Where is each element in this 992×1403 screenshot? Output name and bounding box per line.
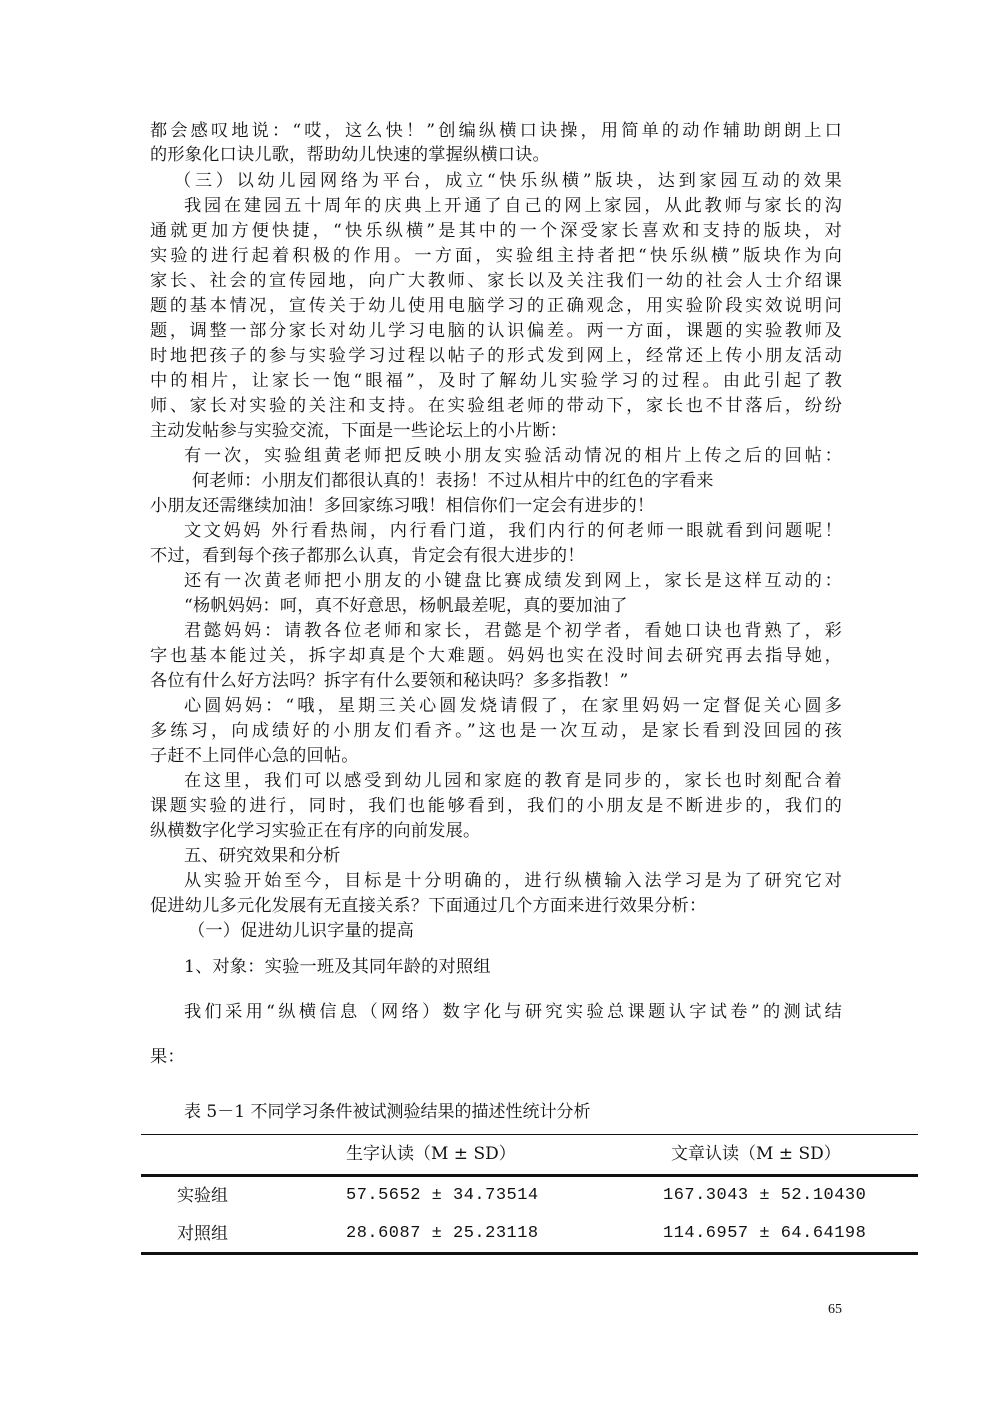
text-line: 都会感叹地说：“哎，这么快！”创编纵横口诀操，用简单的动作辅助朗朗上口 — [150, 119, 842, 143]
text-line: 君懿妈妈：请教各位老师和家长，君懿是个初学者，看她口诀也背熟了，彩 — [184, 619, 842, 643]
text-line: 的形象化口诀儿歌，帮助幼儿快速的掌握纵横口诀。 — [150, 143, 842, 167]
text-line: 题的基本情况，宣传关于幼儿使用电脑学习的正确观念，用实验阶段实效说明问 — [150, 294, 842, 318]
table-top-rule — [141, 1134, 918, 1135]
table-row-label: 实验组 — [177, 1184, 228, 1208]
text-line: 各位有什么好方法吗？拆字有什么要领和秘诀吗？多多指教！” — [150, 669, 842, 693]
text-line: 心圆妈妈：“哦，星期三关心圆发烧请假了，在家里妈妈一定督促关心圆多 — [184, 694, 842, 718]
text-line: 时地把孩子的参与实验学习过程以帖子的形式发到网上，经常还上传小朋友活动 — [150, 344, 842, 368]
text-line: 纵横数字化学习实验正在有序的向前发展。 — [150, 819, 842, 843]
text-line: 五、研究效果和分析 — [184, 844, 842, 868]
text-line: 实验的进行起着积极的作用。一方面，实验组主持者把“快乐纵横”版块作为向 — [150, 244, 842, 268]
text-line: 我园在建园五十周年的庆典上开通了自己的网上家园，从此教师与家长的沟 — [184, 194, 842, 218]
document-page: 都会感叹地说：“哎，这么快！”创编纵横口诀操，用简单的动作辅助朗朗上口的形象化口… — [0, 0, 992, 1403]
text-line: “杨帆妈妈：呵，真不好意思，杨帆最差呢，真的要加油了 — [184, 594, 842, 618]
text-line: 多练习，向成绩好的小朋友们看齐。”这也是一次互动，是家长看到没回园的孩 — [150, 719, 842, 743]
text-line: 师、家长对实验的关注和支持。在实验组老师的带动下，家长也不甘落后，纷纷 — [150, 394, 842, 418]
text-line: 促进幼儿多元化发展有无直接关系？下面通过几个方面来进行效果分析： — [150, 894, 842, 918]
text-line: 主动发帖参与实验交流，下面是一些论坛上的小片断： — [150, 419, 842, 443]
table-header-char-reading: 生字认读（M ± SD） — [346, 1142, 516, 1166]
table-cell-char-reading: 57.5652 ± 34.73514 — [346, 1184, 539, 1208]
table-caption: 表 5－1 不同学习条件被试测验结果的描述性统计分析 — [184, 1100, 590, 1124]
text-line: 从实验开始至今，目标是十分明确的，进行纵横输入法学习是为了研究它对 — [184, 869, 842, 893]
text-line: 还有一次黄老师把小朋友的小键盘比赛成绩发到网上，家长是这样互动的： — [184, 569, 842, 593]
table-cell-article-reading: 167.3043 ± 52.10430 — [663, 1184, 866, 1208]
table-header-article-reading: 文章认读（M ± SD） — [671, 1142, 841, 1166]
text-line: （三）以幼儿园网络为平台，成立“快乐纵横”版块，达到家园互动的效果 — [174, 169, 842, 193]
text-line: 1、对象：实验一班及其同年龄的对照组 — [184, 955, 842, 979]
text-line: 在这里，我们可以感受到幼儿园和家庭的教育是同步的，家长也时刻配合着 — [184, 769, 842, 793]
text-line: 课题实验的进行，同时，我们也能够看到，我们的小朋友是不断进步的，我们的 — [150, 794, 842, 818]
table-bottom-rule — [141, 1252, 918, 1255]
text-line: 字也基本能过关，拆字却真是个大难题。妈妈也实在没时间去研究再去指导她， — [150, 644, 842, 668]
text-line: 家长、社会的宣传园地，向广大教师、家长以及关注我们一幼的社会人士介绍课 — [150, 269, 842, 293]
text-line: 不过，看到每个孩子都那么认真，肯定会有很大进步的！ — [150, 544, 842, 568]
text-line: 通就更加方便快捷，“快乐纵横”是其中的一个深受家长喜欢和支持的版块，对 — [150, 219, 842, 243]
text-line: 果： — [150, 1045, 842, 1069]
text-line: 题，调整一部分家长对幼儿学习电脑的认识偏差。两一方面，课题的实验教师及 — [150, 319, 842, 343]
page-number: 65 — [828, 1302, 842, 1318]
table-header-rule — [141, 1174, 918, 1177]
text-line: （一）促进幼儿识字量的提高 — [188, 919, 842, 943]
table-cell-article-reading: 114.6957 ± 64.64198 — [663, 1222, 866, 1246]
text-line: 子赶不上同伴心急的回帖。 — [150, 744, 842, 768]
text-line: 小朋友还需继续加油！多回家练习哦！相信你们一定会有进步的！ — [150, 494, 842, 518]
text-line: 中的相片，让家长一饱“眼福”，及时了解幼儿实验学习的过程。由此引起了教 — [150, 369, 842, 393]
text-line: 何老师：小朋友们都很认真的！表扬！不过从相片中的红色的字看来 — [192, 469, 842, 493]
text-line: 有一次，实验组黄老师把反映小朋友实验活动情况的相片上传之后的回帖： — [184, 444, 842, 468]
table-row-label: 对照组 — [177, 1222, 228, 1246]
text-line: 文文妈妈 外行看热闹，内行看门道，我们内行的何老师一眼就看到问题呢！ — [184, 519, 842, 543]
table-cell-char-reading: 28.6087 ± 25.23118 — [346, 1222, 539, 1246]
text-line: 我们采用“纵横信息（网络）数字化与研究实验总课题认字试卷”的测试结 — [184, 1000, 842, 1024]
